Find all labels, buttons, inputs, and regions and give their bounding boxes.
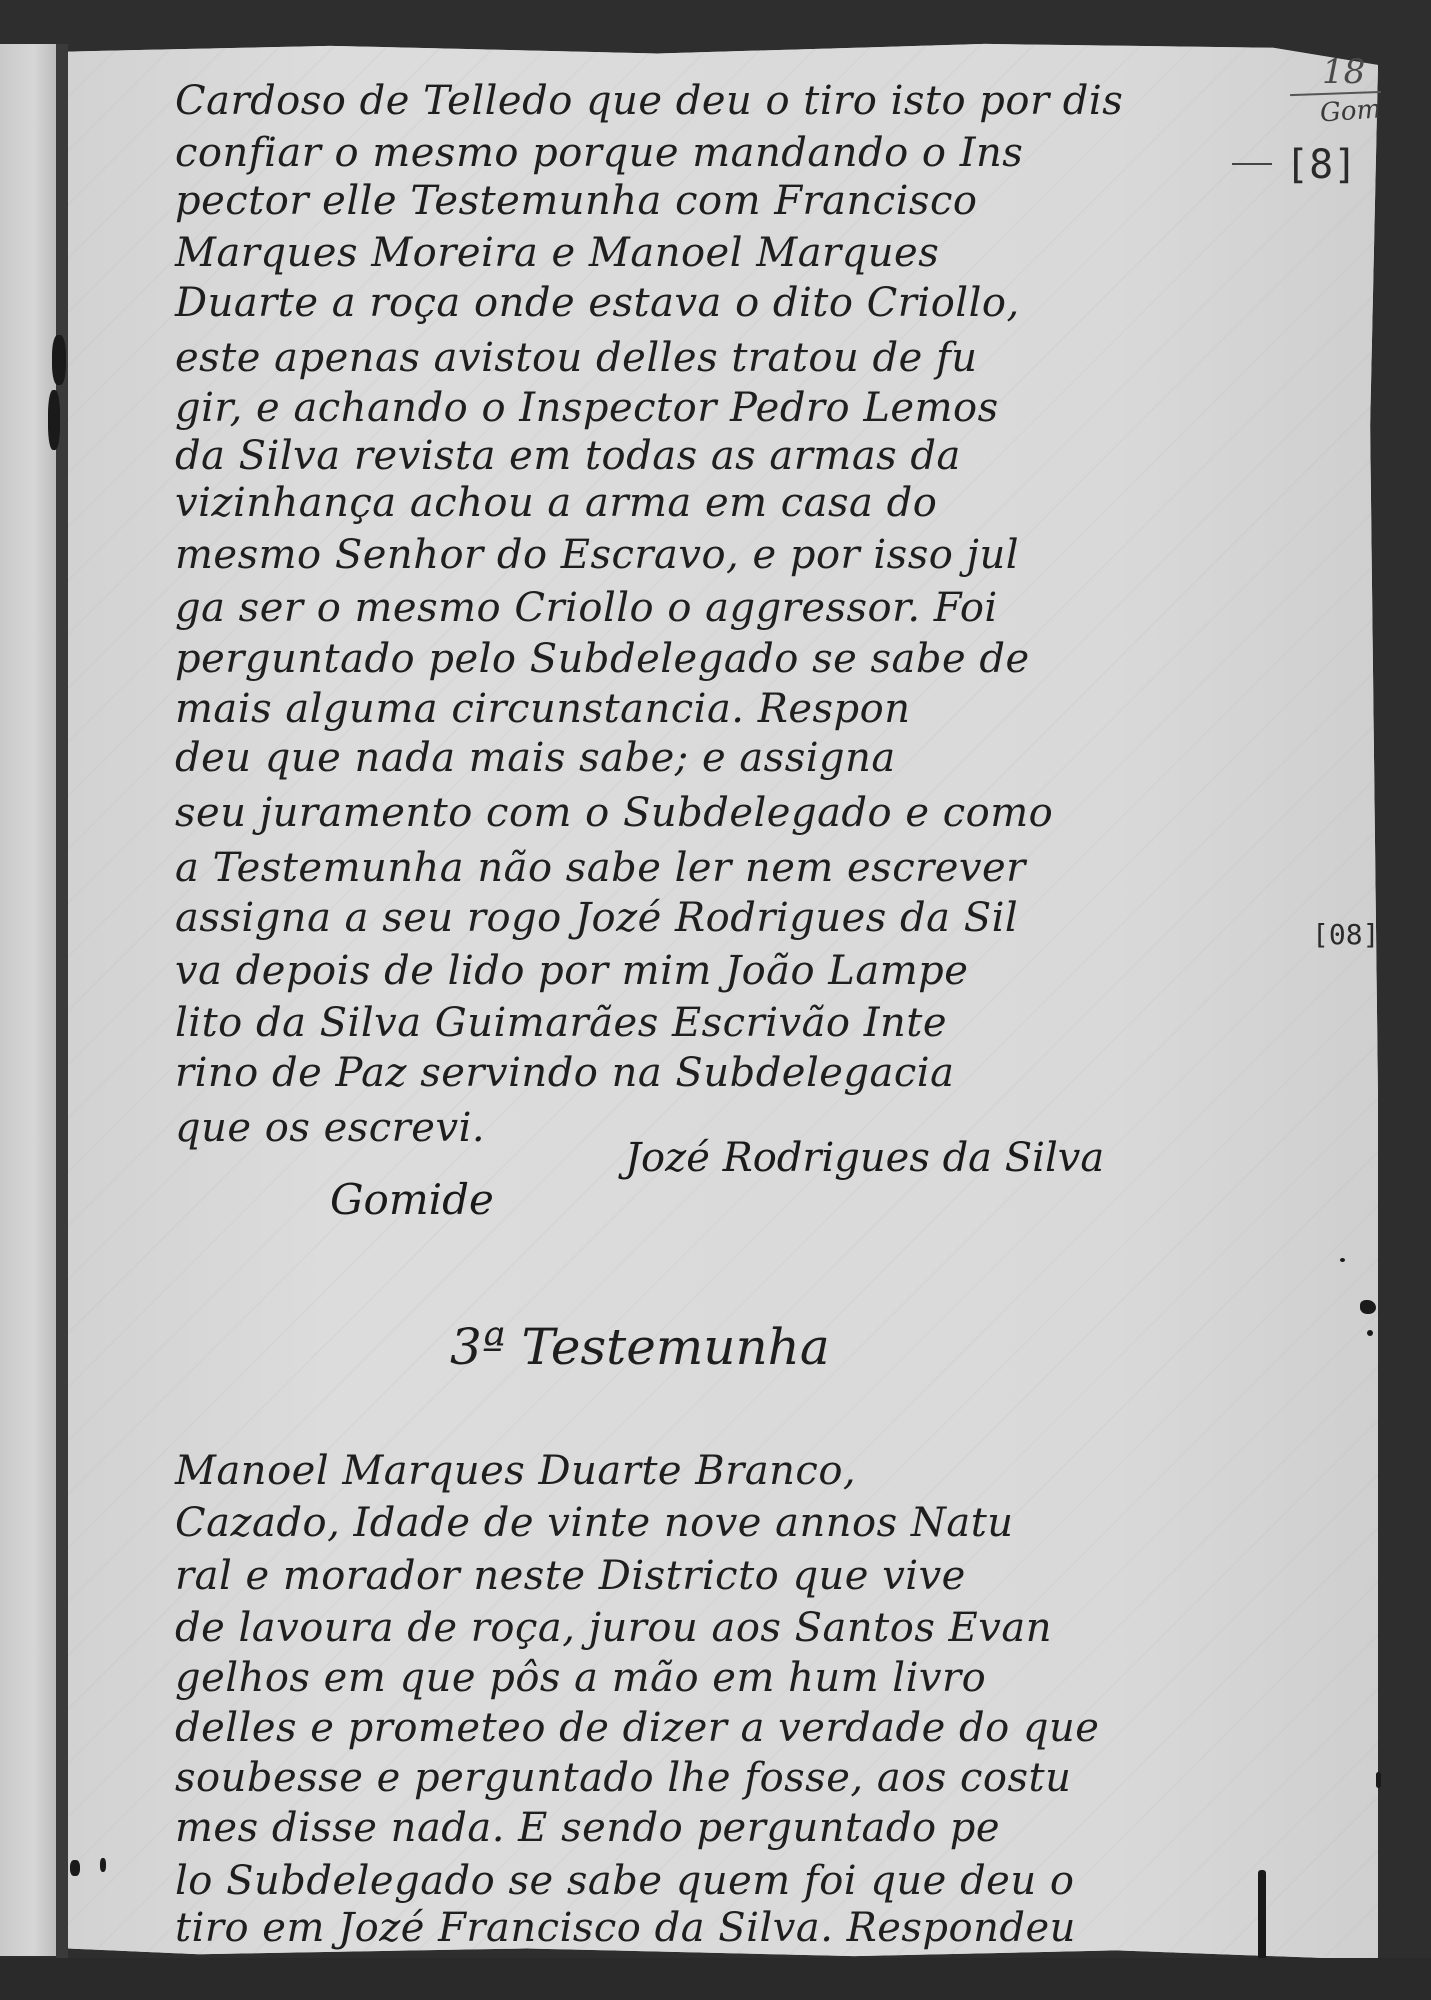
ink-blot: [52, 335, 66, 385]
archival-page-marker-middle: [08]: [1312, 918, 1379, 951]
manuscript-line: deu que nada mais sabe; e assigna: [175, 735, 896, 781]
manuscript-line: de lavoura de roça, jurou aos Santos Eva…: [175, 1605, 1052, 1651]
manuscript-scan: 18 Gomide [8] [08] Cardoso de Telledo qu…: [0, 0, 1431, 2000]
folio-number: 18: [1322, 52, 1365, 92]
manuscript-line: a Testemunha não sabe ler nem escrever: [175, 845, 1026, 891]
binding-gutter: [56, 44, 68, 1960]
manuscript-line: que os escrevi.: [175, 1105, 485, 1151]
scan-background-top: [0, 0, 1431, 44]
manuscript-line: vizinhança achou a arma em casa do: [175, 480, 937, 526]
manuscript-line: seu juramento com o Subdelegado e como: [175, 790, 1053, 836]
manuscript-line: confiar o mesmo porque mandando o Ins: [175, 130, 1023, 176]
manuscript-line: assigna a seu rogo Jozé Rodrigues da Sil: [175, 895, 1018, 941]
ink-blot: [48, 390, 60, 450]
ink-blot: [1258, 1870, 1266, 1960]
manuscript-line: Marques Moreira e Manoel Marques: [175, 230, 939, 276]
manuscript-line: Duarte a roça onde estava o dito Criollo…: [175, 280, 1020, 326]
section-heading-third-witness: 3ª Testemunha: [450, 1318, 830, 1376]
signature-jose-rodrigues-da-silva: Jozé Rodrigues da Silva: [625, 1135, 1104, 1181]
manuscript-line: tiro em Jozé Francisco da Silva. Respond…: [175, 1905, 1076, 1951]
ink-blot: [1367, 1330, 1373, 1336]
manuscript-line: lito da Silva Guimarães Escrivão Inte: [175, 1000, 947, 1046]
manuscript-line: da Silva revista em todas as armas da: [175, 433, 961, 479]
manuscript-line: va depois de lido por mim João Lampe: [175, 948, 968, 994]
manuscript-line: gelhos em que pôs a mão em hum livro: [175, 1655, 986, 1701]
line-filler-dash: [1232, 163, 1272, 165]
manuscript-line: gir, e achando o Inspector Pedro Lemos: [175, 385, 999, 431]
ink-blot: [1360, 1300, 1376, 1314]
scan-background-right: [1381, 0, 1431, 2000]
manuscript-line: este apenas avistou delles tratou de fu: [175, 335, 978, 381]
previous-page-edge: [0, 44, 56, 1956]
manuscript-line: ral e morador neste Districto que vive: [175, 1553, 966, 1599]
manuscript-line: pector elle Testemunha com Francisco: [175, 178, 977, 224]
manuscript-line: mais alguma circunstancia. Respon: [175, 686, 911, 732]
manuscript-line: soubesse e perguntado lhe fosse, aos cos…: [175, 1755, 1071, 1801]
manuscript-line: mes disse nada. E sendo perguntado pe: [175, 1805, 1000, 1851]
manuscript-line: mesmo Senhor do Escravo, e por isso jul: [175, 532, 1019, 578]
ink-blot: [100, 1858, 106, 1872]
scan-background-bottom: [0, 1958, 1431, 2000]
manuscript-line: ga ser o mesmo Criollo o aggressor. Foi: [175, 585, 998, 631]
manuscript-line: perguntado pelo Subdelegado se sabe de: [175, 636, 1030, 682]
manuscript-line: Cazado, Idade de vinte nove annos Natu: [175, 1500, 1014, 1546]
archival-page-marker-top: [8]: [1285, 142, 1357, 188]
manuscript-line: Manoel Marques Duarte Branco,: [175, 1448, 856, 1494]
manuscript-line: delles e prometeo de dizer a verdade do …: [175, 1705, 1099, 1751]
manuscript-line: rino de Paz servindo na Subdelegacia: [175, 1050, 954, 1096]
ink-blot: [1340, 1258, 1345, 1262]
signature-gomide: Gomide: [330, 1175, 494, 1224]
manuscript-line: Cardoso de Telledo que deu o tiro isto p…: [175, 78, 1123, 124]
manuscript-line: lo Subdelegado se sabe quem foi que deu …: [175, 1858, 1074, 1904]
ink-blot: [70, 1860, 80, 1876]
